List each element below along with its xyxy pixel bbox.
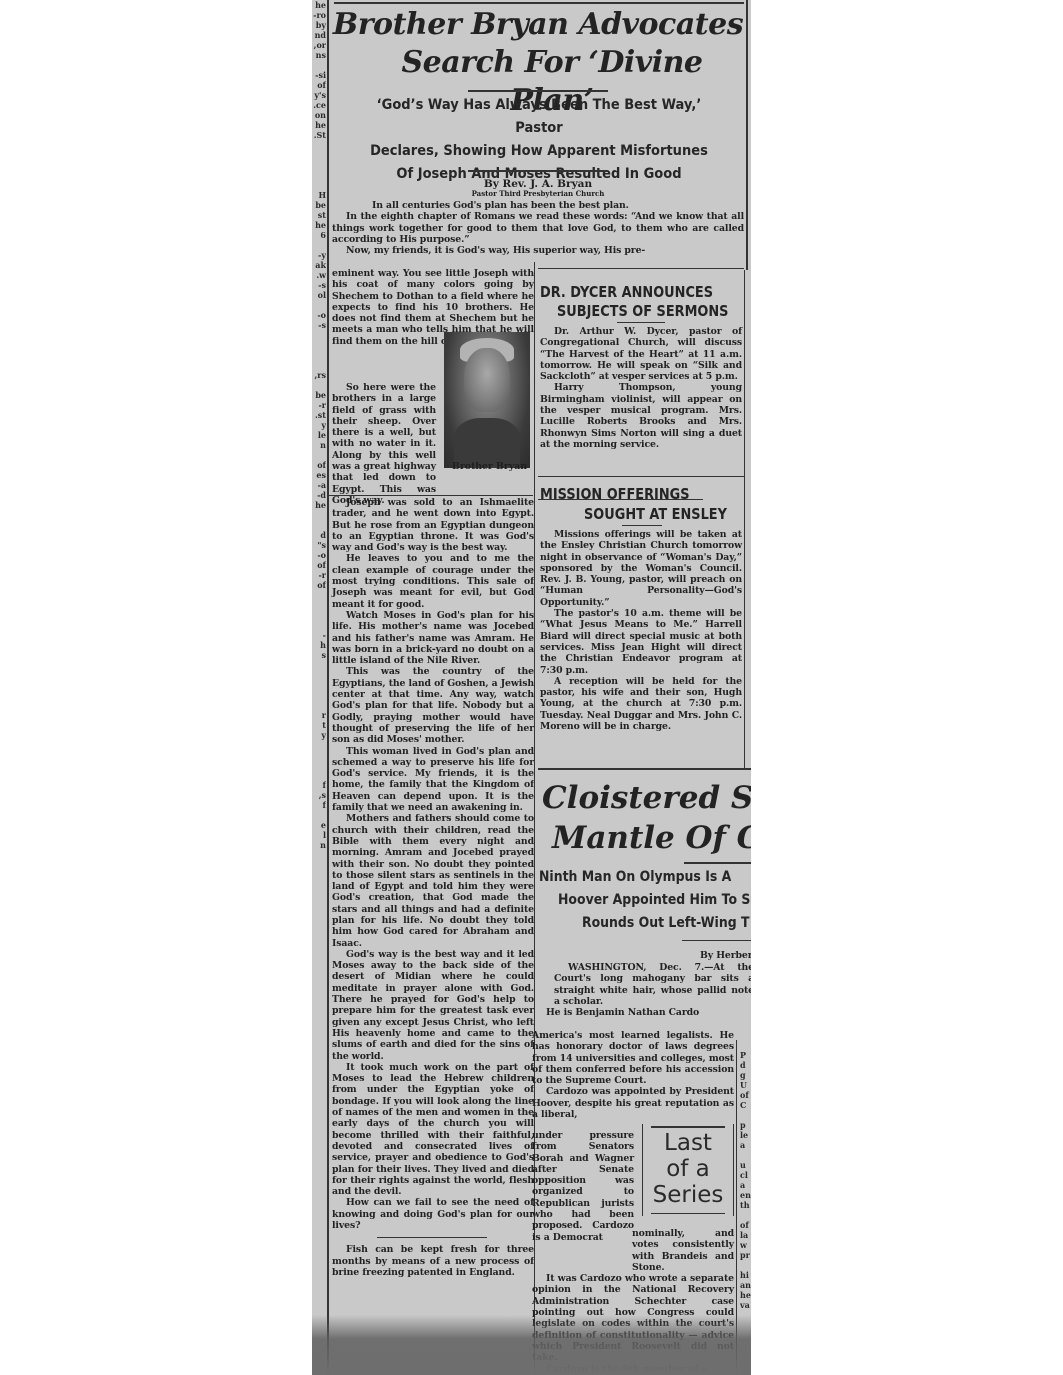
margin-fragment bbox=[312, 360, 326, 370]
dycer-divider bbox=[617, 322, 665, 323]
margin-fragment bbox=[312, 600, 326, 610]
margin-fragment: P bbox=[740, 1050, 751, 1060]
mission-bottom-rule bbox=[538, 768, 751, 770]
margin-fragment bbox=[312, 350, 326, 360]
margin-fragment: he bbox=[312, 500, 326, 510]
cardozo-deck-rule bbox=[682, 940, 751, 941]
margin-fragment bbox=[312, 510, 326, 520]
margin-fragment bbox=[312, 240, 326, 250]
margin-fragment: ns bbox=[312, 50, 326, 60]
margin-fragment bbox=[312, 880, 326, 890]
cardozo-body-wide: WASHINGTON, Dec. 7.—At the Court's long … bbox=[532, 962, 751, 1018]
margin-fragment: s- bbox=[312, 320, 326, 330]
body-paragraph: He is Benjamin Nathan Cardo bbox=[532, 1007, 751, 1018]
margin-fragment bbox=[312, 740, 326, 750]
margin-fragment bbox=[312, 340, 326, 350]
cardozo-body-after: nominally, and votes consistently with B… bbox=[532, 1228, 734, 1375]
body-paragraph: Watch Moses in God's plan for his life. … bbox=[332, 610, 534, 666]
byline-title: Pastor Third Presbyterian Church bbox=[332, 190, 744, 198]
byline: By Rev. J. A. Bryan Pastor Third Presbyt… bbox=[332, 179, 744, 198]
margin-fragment bbox=[312, 160, 326, 170]
margin-fragment: o- bbox=[312, 310, 326, 320]
margin-fragment: hi bbox=[740, 1270, 751, 1280]
margin-fragment: s" bbox=[312, 540, 326, 550]
margin-fragment: a bbox=[740, 1180, 751, 1190]
article-end-rule bbox=[377, 1237, 487, 1238]
margin-fragment bbox=[312, 770, 326, 780]
body-paragraph: under pressure from Senators Borah and W… bbox=[532, 1130, 634, 1243]
main-intro: In all centuries God's plan has been the… bbox=[332, 200, 744, 256]
dycer-headline-2: SUBJECTS OF SERMONS bbox=[557, 301, 728, 321]
margin-fragment: le bbox=[740, 1130, 751, 1140]
body-paragraph: WASHINGTON, Dec. 7.—At the Court's long … bbox=[532, 962, 751, 1007]
photo-face bbox=[464, 348, 510, 412]
margin-fragment: he bbox=[312, 120, 326, 130]
mission-strike-rule bbox=[538, 499, 703, 500]
margin-fragment: la bbox=[740, 1230, 751, 1240]
dycer-body: Dr. Arthur W. Dycer, pastor of Congregat… bbox=[540, 326, 742, 450]
margin-fragment bbox=[312, 700, 326, 710]
margin-fragment: s- bbox=[312, 280, 326, 290]
margin-fragment bbox=[312, 690, 326, 700]
body-paragraph: Cardozo is the 9th member of a bbox=[532, 1364, 734, 1375]
margin-fragment: y bbox=[312, 730, 326, 740]
cardozo-box-wrap: under pressure from Senators Borah and W… bbox=[532, 1130, 634, 1243]
margin-fragment: f bbox=[312, 780, 326, 790]
margin-fragment: 6 bbox=[312, 230, 326, 240]
margin-fragment: l bbox=[312, 830, 326, 840]
deck-divider bbox=[468, 170, 608, 172]
margin-fragment bbox=[312, 170, 326, 180]
margin-fragment bbox=[312, 850, 326, 860]
margin-fragment: a bbox=[740, 1140, 751, 1150]
body-paragraph: The pastor's 10 a.m. theme will be “What… bbox=[540, 608, 742, 676]
headline-line-1: Brother Bryan Advocates bbox=[332, 6, 744, 44]
margin-fragment bbox=[312, 670, 326, 680]
margin-fragment: St. bbox=[312, 130, 326, 140]
margin-fragment: ol bbox=[312, 290, 326, 300]
column-rule-far-right bbox=[736, 1040, 737, 1375]
box-line-2: of a bbox=[643, 1156, 733, 1182]
dycer-bottom-rule bbox=[538, 476, 744, 477]
cardozo-deck-1: Ninth Man On Olympus Is A bbox=[539, 866, 731, 889]
margin-fragment bbox=[312, 450, 326, 460]
dycer-headline-1: DR. DYCER ANNOUNCES bbox=[540, 282, 713, 302]
margin-fragment: va bbox=[740, 1300, 751, 1310]
margin-fragment: u bbox=[740, 1160, 751, 1170]
cardozo-headline-2: Mantle Of G bbox=[552, 818, 751, 858]
margin-fragment: o- bbox=[312, 550, 326, 560]
cardozo-byline-text: By Herbert bbox=[700, 950, 751, 961]
margin-fragment: of bbox=[740, 1220, 751, 1230]
margin-fragment: on bbox=[312, 110, 326, 120]
margin-fragment bbox=[312, 180, 326, 190]
margin-fragment: p bbox=[740, 1120, 751, 1130]
last-of-series-box: Last of a Series bbox=[642, 1124, 734, 1216]
margin-fragment: s, bbox=[312, 790, 326, 800]
margin-fragment bbox=[312, 760, 326, 770]
mission-body: Missions offerings will be taken at the … bbox=[540, 529, 742, 732]
box-top-rule bbox=[651, 1126, 725, 1128]
margin-fragment bbox=[312, 330, 326, 340]
headline-divider bbox=[468, 90, 608, 92]
margin-fragment bbox=[740, 1040, 751, 1050]
margin-fragment: e bbox=[312, 820, 326, 830]
main-article-continued: Joseph was sold to an Ishmaelite trader,… bbox=[332, 497, 534, 1278]
margin-fragment bbox=[312, 870, 326, 880]
margin-fragment: r- bbox=[312, 570, 326, 580]
margin-fragment bbox=[312, 380, 326, 390]
margin-fragment: or, bbox=[312, 40, 326, 50]
cardozo-body-narrow: America's most learned legalists. He has… bbox=[532, 1030, 734, 1120]
margin-fragment bbox=[312, 620, 326, 630]
margin-fragment: of bbox=[312, 560, 326, 570]
box-line-1: Last bbox=[643, 1124, 733, 1156]
margin-fragment: he bbox=[312, 220, 326, 230]
margin-fragment: en bbox=[740, 1190, 751, 1200]
margin-fragment bbox=[312, 60, 326, 70]
body-paragraph: A reception will be held for the pastor,… bbox=[540, 676, 742, 732]
margin-fragment: w. bbox=[312, 270, 326, 280]
margin-fragment: y's bbox=[312, 90, 326, 100]
margin-fragment: cl bbox=[740, 1170, 751, 1180]
margin-fragment: by bbox=[312, 20, 326, 30]
margin-fragment: ce. bbox=[312, 100, 326, 110]
margin-fragment: es bbox=[312, 470, 326, 480]
body-paragraph: So here were the brothers in a large fie… bbox=[332, 382, 436, 506]
margin-fragment: th bbox=[740, 1200, 751, 1210]
newspaper-clipping: hero-byndor,ns si-ofy'sce.onheSt. Hbesth… bbox=[312, 0, 751, 1375]
margin-fragment: of bbox=[312, 580, 326, 590]
margin-fragment: be bbox=[312, 200, 326, 210]
margin-fragment: f bbox=[312, 800, 326, 810]
margin-fragment: le bbox=[312, 430, 326, 440]
cardozo-deck-2: Hoover Appointed Him To S bbox=[558, 889, 750, 912]
margin-fragment: n bbox=[312, 440, 326, 450]
margin-fragment bbox=[312, 680, 326, 690]
margin-fragment: st. bbox=[312, 410, 326, 420]
margin-fragment bbox=[312, 810, 326, 820]
deck-line-1: ‘God’s Way Has Always Been The Best Way,… bbox=[351, 94, 727, 140]
body-paragraph: nominally, and votes consistently with B… bbox=[532, 1228, 734, 1273]
dycer-top-rule bbox=[538, 268, 744, 269]
photo-side-text: So here were the brothers in a large fie… bbox=[332, 382, 436, 506]
margin-fragment bbox=[740, 1210, 751, 1220]
margin-fragment bbox=[312, 750, 326, 760]
top-rule bbox=[334, 2, 744, 4]
margin-fragment: d bbox=[740, 1060, 751, 1070]
body-paragraph: This was the country of the Egyptians, t… bbox=[332, 666, 534, 745]
body-paragraph: It took much work on the part of Moses t… bbox=[332, 1062, 534, 1198]
intro-paragraph: In the eighth chapter of Romans we read … bbox=[332, 211, 744, 245]
cardozo-divider bbox=[684, 862, 751, 864]
margin-fragment: y bbox=[312, 420, 326, 430]
margin-fragment: n bbox=[312, 840, 326, 850]
body-paragraph: Dr. Arthur W. Dycer, pastor of Congregat… bbox=[540, 326, 742, 382]
margin-fragment: he bbox=[312, 0, 326, 10]
filler-paragraph: Fish can be kept fresh for three months … bbox=[332, 1244, 534, 1278]
column-rule-right bbox=[744, 270, 745, 770]
margin-fragment bbox=[312, 890, 326, 900]
margin-fragment: st bbox=[312, 210, 326, 220]
margin-fragment bbox=[740, 1260, 751, 1270]
margin-fragment: si- bbox=[312, 70, 326, 80]
body-paragraph: This woman lived in God's plan and schem… bbox=[332, 746, 534, 814]
body-paragraph: America's most learned legalists. He has… bbox=[532, 1030, 734, 1086]
column-rule-right-top bbox=[746, 0, 748, 270]
column-rule-left bbox=[327, 0, 329, 1375]
body-paragraph: Harry Thompson, young Birmingham violini… bbox=[540, 382, 742, 450]
body-paragraph: God's way is the best way and it led Mos… bbox=[332, 949, 534, 1062]
margin-fragment: U bbox=[740, 1080, 751, 1090]
margin-fragment: s bbox=[312, 650, 326, 660]
margin-fragment bbox=[312, 590, 326, 600]
margin-fragment: C bbox=[740, 1100, 751, 1110]
margin-fragment: H bbox=[312, 190, 326, 200]
body-paragraph: How can we fail to see the need of knowi… bbox=[332, 1197, 534, 1231]
cardozo-headline-1: Cloistered Sch bbox=[542, 778, 751, 818]
mission-headline-1: MISSION OFFERINGS bbox=[540, 484, 690, 504]
margin-fragment: of bbox=[740, 1090, 751, 1100]
margin-fragment bbox=[312, 520, 326, 530]
margin-fragment bbox=[312, 860, 326, 870]
body-paragraph: He leaves to you and to me the clean exa… bbox=[332, 553, 534, 609]
margin-fragment: he bbox=[740, 1290, 751, 1300]
box-line-3: Series bbox=[643, 1182, 733, 1208]
margin-fragment: g bbox=[740, 1070, 751, 1080]
margin-fragment bbox=[312, 660, 326, 670]
cardozo-byline: By Herbert bbox=[700, 950, 751, 961]
margin-fragment: r- bbox=[312, 400, 326, 410]
margin-fragment: - bbox=[312, 630, 326, 640]
portrait-photo bbox=[444, 332, 530, 468]
margin-fragment: t bbox=[312, 720, 326, 730]
mission-divider bbox=[622, 525, 662, 526]
margin-fragment: an bbox=[740, 1280, 751, 1290]
margin-fragment: d- bbox=[312, 490, 326, 500]
deck-line-2: Declares, Showing How Apparent Misfortun… bbox=[351, 140, 727, 163]
margin-fragment: a- bbox=[312, 480, 326, 490]
margin-fragment: y- bbox=[312, 250, 326, 260]
body-paragraph: Joseph was sold to an Ishmaelite trader,… bbox=[332, 497, 534, 553]
body-paragraph: Mothers and fathers should come to churc… bbox=[332, 813, 534, 949]
body-paragraph: Cardozo was appointed by President Hoove… bbox=[532, 1086, 734, 1120]
margin-fragment bbox=[312, 610, 326, 620]
margin-fragment: of bbox=[312, 460, 326, 470]
mission-headline-2: SOUGHT AT ENSLEY bbox=[584, 504, 727, 524]
margin-fragment: ak bbox=[312, 260, 326, 270]
photo-rule bbox=[328, 495, 533, 496]
margin-fragment: d bbox=[312, 530, 326, 540]
body-paragraph: It was Cardozo who wrote a separate opin… bbox=[532, 1273, 734, 1363]
main-deck: ‘God’s Way Has Always Been The Best Way,… bbox=[351, 94, 727, 186]
margin-fragment: nd bbox=[312, 30, 326, 40]
left-margin-fragments: hero-byndor,ns si-ofy'sce.onheSt. Hbesth… bbox=[312, 0, 326, 1375]
margin-fragment: w bbox=[740, 1240, 751, 1250]
margin-fragment bbox=[312, 140, 326, 150]
margin-fragment bbox=[740, 1110, 751, 1120]
right-margin-fragments: PdgUofC plea uclaenth oflawpr hianheva bbox=[740, 1040, 751, 1310]
margin-fragment: of bbox=[312, 80, 326, 90]
intro-paragraph: In all centuries God's plan has been the… bbox=[332, 200, 744, 211]
box-bottom-rule bbox=[651, 1213, 725, 1215]
photo-caption: Brother Bryan bbox=[452, 461, 527, 472]
margin-fragment: r bbox=[312, 710, 326, 720]
intro-paragraph: Now, my friends, it is God's way, His su… bbox=[332, 245, 744, 256]
cardozo-deck-3: Rounds Out Left-Wing T bbox=[582, 912, 749, 935]
margin-fragment: ro- bbox=[312, 10, 326, 20]
margin-fragment bbox=[312, 150, 326, 160]
body-paragraph: Missions offerings will be taken at the … bbox=[540, 529, 742, 608]
margin-fragment bbox=[740, 1150, 751, 1160]
margin-fragment bbox=[312, 300, 326, 310]
margin-fragment: rs, bbox=[312, 370, 326, 380]
margin-fragment: h bbox=[312, 640, 326, 650]
margin-fragment: pr bbox=[740, 1250, 751, 1260]
margin-fragment: be bbox=[312, 390, 326, 400]
